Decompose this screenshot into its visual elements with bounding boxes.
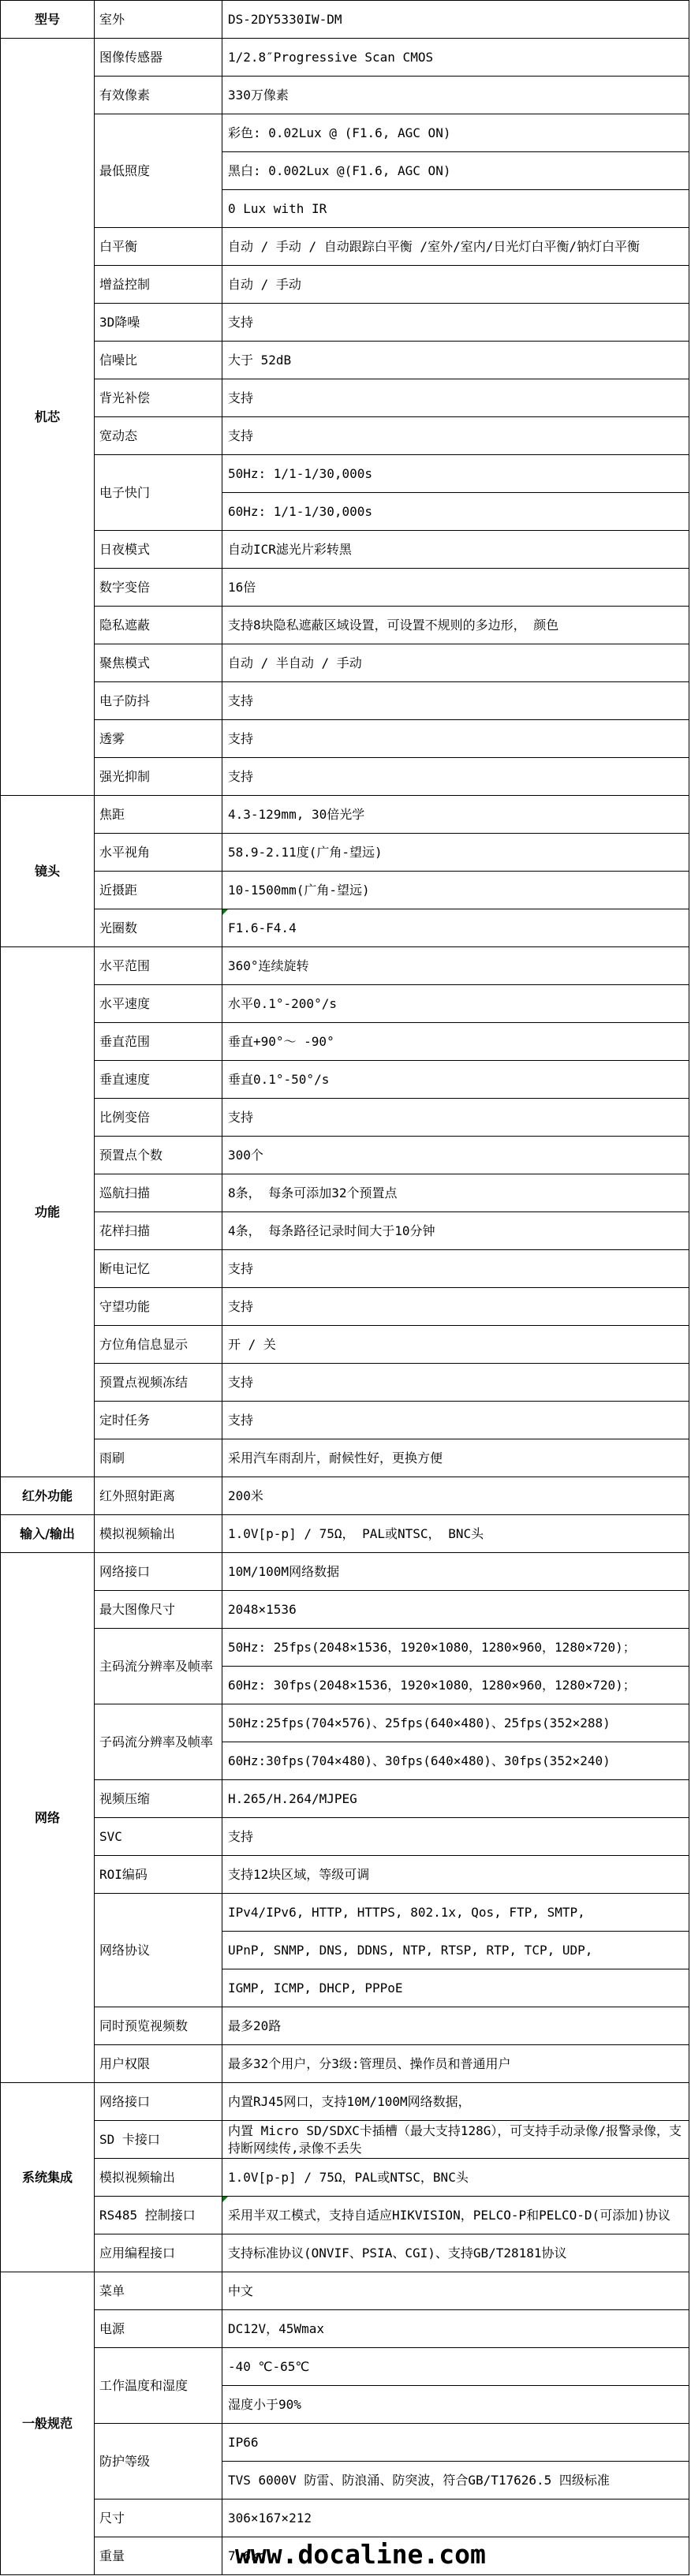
section-header-cell: 输入/输出: [1, 1515, 95, 1553]
table-row: 预置点视频冻结支持: [1, 1364, 689, 1402]
spec-value-cell: IGMP, ICMP, DHCP, PPPoE: [222, 1969, 689, 2007]
spec-value-text: 黑白: 0.002Lux @(F1.6, AGC ON): [228, 163, 450, 178]
spec-value-text: 支持: [228, 1110, 253, 1125]
spec-value-cell: 200米: [222, 1477, 689, 1515]
table-row: 工作温度和湿度-40 ℃-65℃: [1, 2348, 689, 2386]
spec-value-text: 58.9-2.11度(广角-望远): [228, 845, 383, 860]
table-row: 巡航扫描8条， 每条可添加32个预置点: [1, 1174, 689, 1212]
spec-value-text: 支持: [228, 315, 253, 330]
spec-value-cell: 水平0.1°-200°/s: [222, 985, 689, 1023]
spec-value-cell: 采用汽车雨刮片，耐候性好，更换方便: [222, 1439, 689, 1477]
spec-label-cell: 透雾: [95, 720, 222, 758]
spec-value-cell: -40 ℃-65℃: [222, 2348, 689, 2386]
spec-value-cell: 50Hz:25fps(704×576)、25fps(640×480)、25fps…: [222, 1704, 689, 1742]
spec-label-cell: 红外照射距离: [95, 1477, 222, 1515]
spec-label-cell: 电子快门: [95, 455, 222, 531]
spec-value-cell: 300个: [222, 1137, 689, 1174]
spec-value-text: 50Hz: 1/1-1/30,000s: [228, 466, 372, 481]
spec-label-cell: 水平速度: [95, 985, 222, 1023]
table-row: 宽动态支持: [1, 417, 689, 455]
table-row: 模拟视频输出1.0V[p-p] / 75Ω，PAL或NTSC，BNC头: [1, 2159, 689, 2197]
spec-sheet: 型号室外DS-2DY5330IW-DM机芯图像传感器1/2.8″Progress…: [0, 0, 691, 2576]
spec-value-cell: 10M/100M网络数据: [222, 1553, 689, 1591]
spec-value-cell: 支持标准协议(ONVIF、PSIA、CGI)、支持GB/T28181协议: [222, 2234, 689, 2272]
table-row: 型号室外DS-2DY5330IW-DM: [1, 1, 689, 39]
spec-label-cell: 工作温度和湿度: [95, 2348, 222, 2424]
spec-label-cell: 信噪比: [95, 342, 222, 379]
table-row: 垂直速度垂直0.1°-50°/s: [1, 1061, 689, 1099]
spec-value-text: 360°连续旋转: [228, 958, 309, 973]
spec-value-cell: 支持: [222, 720, 689, 758]
spec-value-cell: 306×167×212: [222, 2499, 689, 2537]
spec-value-cell: 最多32个用户，分3级:管理员、操作员和普通用户: [222, 2045, 689, 2083]
table-row: 视频压缩H.265/H.264/MJPEG: [1, 1780, 689, 1818]
spec-label-cell: 用户权限: [95, 2045, 222, 2083]
table-row: 花样扫描4条， 每条路径记录时间大于10分钟: [1, 1212, 689, 1250]
spec-value-text: 300个: [228, 1148, 263, 1163]
spec-value-cell: H.265/H.264/MJPEG: [222, 1780, 689, 1818]
table-row: 水平视角58.9-2.11度(广角-望远): [1, 834, 689, 872]
spec-value-cell: 1.0V[p-p] / 75Ω， PAL或NTSC， BNC头: [222, 1515, 689, 1553]
table-row: 电源DC12V，45Wmax: [1, 2310, 689, 2348]
spec-value-text: 1.0V[p-p] / 75Ω，PAL或NTSC，BNC头: [228, 2170, 469, 2185]
spec-label-cell: 花样扫描: [95, 1212, 222, 1250]
table-row: 增益控制自动 / 手动: [1, 266, 689, 304]
spec-label-cell: 网络接口: [95, 1553, 222, 1591]
spec-value-text: 大于 52dB: [228, 353, 291, 368]
spec-value-cell: 1/2.8″Progressive Scan CMOS: [222, 39, 689, 77]
spec-value-cell: 360°连续旋转: [222, 947, 689, 985]
spec-value-cell: 支持: [222, 1364, 689, 1402]
spec-value-text: 中文: [228, 2283, 253, 2298]
spec-value-cell: 支持: [222, 1818, 689, 1856]
table-row: 聚焦模式自动 / 半自动 / 手动: [1, 644, 689, 682]
spec-value-text: 60Hz: 1/1-1/30,000s: [228, 504, 372, 519]
cell-error-marker-icon: [222, 909, 228, 915]
spec-label-cell: 重量: [95, 2537, 222, 2575]
spec-value-cell: 60Hz: 30fps(2048×1536，1920×1080，1280×960…: [222, 1667, 689, 1704]
spec-value-text: 支持: [228, 390, 253, 405]
spec-label-cell: 预置点个数: [95, 1137, 222, 1174]
table-row: SVC支持: [1, 1818, 689, 1856]
spec-value-cell: 0 Lux with IR: [222, 190, 689, 228]
spec-value-text: 0 Lux with IR: [228, 201, 327, 216]
spec-value-text: 彩色: 0.02Lux @ (F1.6, AGC ON): [228, 125, 450, 140]
spec-value-cell: IP66: [222, 2424, 689, 2462]
spec-label-cell: 水平范围: [95, 947, 222, 985]
spec-value-text: 支持: [228, 1829, 253, 1844]
spec-label-cell: 最大图像尺寸: [95, 1591, 222, 1629]
spec-value-text: DS-2DY5330IW-DM: [228, 12, 342, 27]
spec-value-text: 支持12块区域，等级可调: [228, 1867, 369, 1882]
spec-value-cell: 自动 / 半自动 / 手动: [222, 644, 689, 682]
spec-label-cell: 菜单: [95, 2272, 222, 2310]
spec-value-text: 330万像素: [228, 88, 289, 103]
spec-value-cell: 330万像素: [222, 77, 689, 114]
spec-label-cell: 焦距: [95, 796, 222, 834]
spec-value-cell: 支持: [222, 758, 689, 796]
table-row: RS485 控制接口采用半双工模式，支持自适应HIKVISION，PELCO-P…: [1, 2197, 689, 2234]
spec-value-cell: DS-2DY5330IW-DM: [222, 1, 689, 39]
spec-value-cell: TVS 6000V 防雷、防浪涌、防突波，符合GB/T17626.5 四级标准: [222, 2462, 689, 2499]
spec-value-cell: 最多20路: [222, 2007, 689, 2045]
spec-value-cell: 内置RJ45网口，支持10M/100M网络数据，: [222, 2083, 689, 2121]
table-row: 强光抑制支持: [1, 758, 689, 796]
spec-label-cell: 隐私遮蔽: [95, 607, 222, 644]
spec-value-cell: 支持: [222, 1099, 689, 1137]
spec-label-cell: 图像传感器: [95, 39, 222, 77]
spec-value-text: 采用汽车雨刮片，耐候性好，更换方便: [228, 1450, 443, 1465]
spec-value-text: F1.6-F4.4: [228, 920, 297, 935]
spec-label-cell: 日夜模式: [95, 531, 222, 569]
spec-label-cell: 白平衡: [95, 228, 222, 266]
spec-value-text: 10-1500mm(广角-望远): [228, 883, 370, 898]
spec-value-cell: 50Hz: 1/1-1/30,000s: [222, 455, 689, 493]
table-row: 雨刷采用汽车雨刮片，耐候性好，更换方便: [1, 1439, 689, 1477]
spec-value-cell: IPv4/IPv6, HTTP, HTTPS, 802.1x, Qos, FTP…: [222, 1894, 689, 1932]
table-row: 定时任务支持: [1, 1402, 689, 1439]
spec-label-cell: RS485 控制接口: [95, 2197, 222, 2234]
table-row: 应用编程接口支持标准协议(ONVIF、PSIA、CGI)、支持GB/T28181…: [1, 2234, 689, 2272]
section-header-cell: 型号: [1, 1, 95, 39]
table-row: 同时预览视频数最多20路: [1, 2007, 689, 2045]
spec-value-cell: 垂直0.1°-50°/s: [222, 1061, 689, 1099]
spec-label-cell: 电子防抖: [95, 682, 222, 720]
section-header-cell: 网络: [1, 1553, 95, 2083]
table-row: 防护等级IP66: [1, 2424, 689, 2462]
spec-label-cell: 增益控制: [95, 266, 222, 304]
spec-value-cell: UPnP, SNMP, DNS, DDNS, NTP, RTSP, RTP, T…: [222, 1932, 689, 1969]
spec-value-cell: 大于 52dB: [222, 342, 689, 379]
spec-value-text: 内置RJ45网口，支持10M/100M网络数据，: [228, 2094, 471, 2109]
spec-table-body: 型号室外DS-2DY5330IW-DM机芯图像传感器1/2.8″Progress…: [1, 1, 689, 2575]
table-row: 光圈数F1.6-F4.4: [1, 909, 689, 947]
table-row: 隐私遮蔽支持8块隐私遮蔽区域设置，可设置不规则的多边形， 颜色: [1, 607, 689, 644]
spec-value-text: 60Hz:30fps(704×480)、30fps(640×480)、30fps…: [228, 1753, 611, 1768]
table-row: 垂直范围垂直+90°～ -90°: [1, 1023, 689, 1061]
table-row: 有效像素330万像素: [1, 77, 689, 114]
spec-label-cell: 预置点视频冻结: [95, 1364, 222, 1402]
spec-value-text: 湿度小于90%: [228, 2397, 301, 2412]
section-header-cell: 系统集成: [1, 2083, 95, 2272]
spec-value-cell: 自动 / 手动: [222, 266, 689, 304]
table-row: 网络网络接口10M/100M网络数据: [1, 1553, 689, 1591]
spec-label-cell: 电源: [95, 2310, 222, 2348]
spec-label-cell: 垂直速度: [95, 1061, 222, 1099]
spec-value-cell: 开 / 关: [222, 1326, 689, 1364]
table-row: 最低照度彩色: 0.02Lux @ (F1.6, AGC ON): [1, 114, 689, 152]
table-row: 系统集成网络接口内置RJ45网口，支持10M/100M网络数据，: [1, 2083, 689, 2121]
spec-value-text: H.265/H.264/MJPEG: [228, 1791, 357, 1806]
table-row: 功能水平范围360°连续旋转: [1, 947, 689, 985]
spec-label-cell: 室外: [95, 1, 222, 39]
spec-value-text: DC12V，45Wmax: [228, 2321, 324, 2336]
table-row: 用户权限最多32个用户，分3级:管理员、操作员和普通用户: [1, 2045, 689, 2083]
spec-label-cell: 断电记忆: [95, 1250, 222, 1288]
table-row: 镜头焦距4.3-129mm, 30倍光学: [1, 796, 689, 834]
table-row: 信噪比大于 52dB: [1, 342, 689, 379]
spec-value-cell: F1.6-F4.4: [222, 909, 689, 947]
spec-value-text: 支持: [228, 731, 253, 746]
spec-label-cell: 近摄距: [95, 872, 222, 909]
spec-value-text: IGMP, ICMP, DHCP, PPPoE: [228, 1981, 403, 1995]
spec-value-text: 支持8块隐私遮蔽区域设置，可设置不规则的多边形， 颜色: [228, 618, 558, 633]
spec-label-cell: ROI编码: [95, 1856, 222, 1894]
table-row: SD 卡接口内置 Micro SD/SDXC卡插槽（最大支持128G），可支持手…: [1, 2121, 689, 2159]
spec-value-cell: 8条， 每条可添加32个预置点: [222, 1174, 689, 1212]
spec-label-cell: 比例变倍: [95, 1099, 222, 1137]
section-header-cell: 一般规范: [1, 2272, 95, 2575]
spec-value-cell: 支持12块区域，等级可调: [222, 1856, 689, 1894]
spec-value-cell: 支持: [222, 1250, 689, 1288]
spec-value-cell: 中文: [222, 2272, 689, 2310]
table-row: ROI编码支持12块区域，等级可调: [1, 1856, 689, 1894]
table-row: 近摄距10-1500mm(广角-望远): [1, 872, 689, 909]
spec-value-cell: 支持: [222, 304, 689, 342]
spec-label-cell: 尺寸: [95, 2499, 222, 2537]
table-row: 日夜模式自动ICR滤光片彩转黑: [1, 531, 689, 569]
spec-value-text: IPv4/IPv6, HTTP, HTTPS, 802.1x, Qos, FTP…: [228, 1905, 585, 1920]
spec-value-cell: 支持8块隐私遮蔽区域设置，可设置不规则的多边形， 颜色: [222, 607, 689, 644]
spec-label-cell: 最低照度: [95, 114, 222, 228]
spec-label-cell: 防护等级: [95, 2424, 222, 2499]
table-row: 机芯图像传感器1/2.8″Progressive Scan CMOS: [1, 39, 689, 77]
spec-value-text: IP66: [228, 2435, 259, 2450]
spec-value-text: 50Hz:25fps(704×576)、25fps(640×480)、25fps…: [228, 1715, 611, 1730]
table-row: 子码流分辨率及帧率50Hz:25fps(704×576)、25fps(640×4…: [1, 1704, 689, 1742]
spec-value-text: 开 / 关: [228, 1337, 276, 1352]
spec-label-cell: 3D降噪: [95, 304, 222, 342]
spec-value-cell: 16倍: [222, 569, 689, 607]
table-row: 3D降噪支持: [1, 304, 689, 342]
spec-value-text: 自动 / 手动: [228, 277, 301, 292]
spec-label-cell: 模拟视频输出: [95, 1515, 222, 1553]
spec-value-cell: 60Hz: 1/1-1/30,000s: [222, 493, 689, 531]
table-row: 透雾支持: [1, 720, 689, 758]
spec-value-text: UPnP, SNMP, DNS, DDNS, NTP, RTSP, RTP, T…: [228, 1943, 592, 1958]
spec-value-cell: 支持: [222, 682, 689, 720]
spec-label-cell: 数字变倍: [95, 569, 222, 607]
spec-label-cell: 定时任务: [95, 1402, 222, 1439]
spec-value-cell: 支持: [222, 379, 689, 417]
table-row: 电子快门50Hz: 1/1-1/30,000s: [1, 455, 689, 493]
spec-label-cell: 子码流分辨率及帧率: [95, 1704, 222, 1780]
spec-value-text: 60Hz: 30fps(2048×1536，1920×1080，1280×960…: [228, 1678, 636, 1693]
table-row: 网络协议IPv4/IPv6, HTTP, HTTPS, 802.1x, Qos,…: [1, 1894, 689, 1932]
spec-label-cell: 模拟视频输出: [95, 2159, 222, 2197]
spec-value-text: 8条， 每条可添加32个预置点: [228, 1185, 398, 1200]
table-row: 尺寸306×167×212: [1, 2499, 689, 2537]
spec-value-cell: 1.0V[p-p] / 75Ω，PAL或NTSC，BNC头: [222, 2159, 689, 2197]
table-row: 白平衡自动 / 手动 / 自动跟踪白平衡 /室外/室内/日光灯白平衡/钠灯白平衡: [1, 228, 689, 266]
spec-value-cell: 4.3-129mm, 30倍光学: [222, 796, 689, 834]
table-row: 比例变倍支持: [1, 1099, 689, 1137]
watermark-text: www.docaline.com: [235, 2539, 486, 2570]
section-header-cell: 功能: [1, 947, 95, 1477]
spec-label-cell: 宽动态: [95, 417, 222, 455]
spec-label-cell: 雨刷: [95, 1439, 222, 1477]
spec-label-cell: 聚焦模式: [95, 644, 222, 682]
spec-label-cell: 同时预览视频数: [95, 2007, 222, 2045]
spec-value-cell: 自动ICR滤光片彩转黑: [222, 531, 689, 569]
spec-label-cell: 光圈数: [95, 909, 222, 947]
table-row: 预置点个数300个: [1, 1137, 689, 1174]
spec-value-text: 支持: [228, 1261, 253, 1276]
spec-value-cell: 2048×1536: [222, 1591, 689, 1629]
table-row: 断电记忆支持: [1, 1250, 689, 1288]
spec-value-text: 1/2.8″Progressive Scan CMOS: [228, 50, 433, 65]
spec-value-text: 1.0V[p-p] / 75Ω， PAL或NTSC， BNC头: [228, 1526, 484, 1541]
spec-value-text: 水平0.1°-200°/s: [228, 996, 337, 1011]
spec-label-cell: 水平视角: [95, 834, 222, 872]
spec-label-cell: SVC: [95, 1818, 222, 1856]
spec-value-text: 支持: [228, 1299, 253, 1314]
spec-value-text: 垂直0.1°-50°/s: [228, 1072, 329, 1087]
table-row: 守望功能支持: [1, 1288, 689, 1326]
spec-label-cell: 网络接口: [95, 2083, 222, 2121]
spec-value-text: 支持: [228, 428, 253, 443]
spec-value-text: 垂直+90°～ -90°: [228, 1034, 334, 1049]
spec-value-cell: 湿度小于90%: [222, 2386, 689, 2424]
spec-value-text: 支持: [228, 769, 253, 784]
spec-value-text: 2048×1536: [228, 1602, 297, 1617]
cell-error-marker-icon: [222, 2197, 228, 2202]
spec-value-cell: 60Hz:30fps(704×480)、30fps(640×480)、30fps…: [222, 1742, 689, 1780]
spec-label-cell: 守望功能: [95, 1288, 222, 1326]
spec-value-text: 自动 / 半自动 / 手动: [228, 655, 362, 670]
table-row: 方位角信息显示开 / 关: [1, 1326, 689, 1364]
spec-value-cell: 采用半双工模式，支持自适应HIKVISION，PELCO-P和PELCO-D(可…: [222, 2197, 689, 2234]
spec-value-text: 16倍: [228, 580, 256, 595]
spec-value-cell: 内置 Micro SD/SDXC卡插槽（最大支持128G），可支持手动录像/报警…: [222, 2121, 689, 2159]
table-row: 水平速度水平0.1°-200°/s: [1, 985, 689, 1023]
section-header-cell: 红外功能: [1, 1477, 95, 1515]
spec-value-cell: DC12V，45Wmax: [222, 2310, 689, 2348]
spec-value-text: 自动ICR滤光片彩转黑: [228, 542, 352, 557]
table-row: 最大图像尺寸2048×1536: [1, 1591, 689, 1629]
spec-value-text: 采用半双工模式，支持自适应HIKVISION，PELCO-P和PELCO-D(可…: [228, 2208, 670, 2223]
spec-label-cell: 视频压缩: [95, 1780, 222, 1818]
spec-label-cell: 强光抑制: [95, 758, 222, 796]
spec-value-cell: 50Hz: 25fps(2048×1536，1920×1080，1280×960…: [222, 1629, 689, 1667]
section-header-cell: 机芯: [1, 39, 95, 796]
spec-value-text: 支持: [228, 693, 253, 708]
spec-value-text: 内置 Micro SD/SDXC卡插槽（最大支持128G），可支持手动录像/报警…: [228, 2123, 682, 2156]
spec-value-cell: 垂直+90°～ -90°: [222, 1023, 689, 1061]
spec-value-cell: 4条， 每条路径记录时间大于10分钟: [222, 1212, 689, 1250]
spec-value-text: 4.3-129mm, 30倍光学: [228, 807, 364, 822]
spec-value-text: 最多32个用户，分3级:管理员、操作员和普通用户: [228, 2056, 511, 2071]
spec-label-cell: 应用编程接口: [95, 2234, 222, 2272]
spec-label-cell: SD 卡接口: [95, 2121, 222, 2159]
spec-value-text: 4条， 每条路径记录时间大于10分钟: [228, 1223, 435, 1238]
spec-value-text: 支持标准协议(ONVIF、PSIA、CGI)、支持GB/T28181协议: [228, 2246, 567, 2261]
table-row: 红外功能红外照射距离200米: [1, 1477, 689, 1515]
spec-value-text: 200米: [228, 1488, 263, 1503]
spec-value-text: 最多20路: [228, 2018, 281, 2033]
section-header-cell: 镜头: [1, 796, 95, 947]
table-row: 数字变倍16倍: [1, 569, 689, 607]
spec-value-cell: 支持: [222, 417, 689, 455]
spec-value-cell: 支持: [222, 1402, 689, 1439]
spec-value-text: 自动 / 手动 / 自动跟踪白平衡 /室外/室内/日光灯白平衡/钠灯白平衡: [228, 239, 640, 254]
spec-value-cell: 10-1500mm(广角-望远): [222, 872, 689, 909]
spec-value-text: 10M/100M网络数据: [228, 1564, 339, 1579]
spec-label-cell: 背光补偿: [95, 379, 222, 417]
spec-value-text: 50Hz: 25fps(2048×1536，1920×1080，1280×960…: [228, 1640, 636, 1655]
table-row: 输入/输出模拟视频输出1.0V[p-p] / 75Ω， PAL或NTSC， BN…: [1, 1515, 689, 1553]
spec-label-cell: 主码流分辨率及帧率: [95, 1629, 222, 1704]
spec-value-cell: 58.9-2.11度(广角-望远): [222, 834, 689, 872]
spec-label-cell: 网络协议: [95, 1894, 222, 2007]
spec-label-cell: 巡航扫描: [95, 1174, 222, 1212]
spec-label-cell: 有效像素: [95, 77, 222, 114]
spec-value-text: 306×167×212: [228, 2511, 312, 2526]
table-row: 主码流分辨率及帧率50Hz: 25fps(2048×1536，1920×1080…: [1, 1629, 689, 1667]
spec-value-text: -40 ℃-65℃: [228, 2359, 309, 2374]
spec-value-cell: 支持: [222, 1288, 689, 1326]
spec-value-cell: 黑白: 0.002Lux @(F1.6, AGC ON): [222, 152, 689, 190]
spec-value-text: 支持: [228, 1375, 253, 1390]
spec-value-cell: 自动 / 手动 / 自动跟踪白平衡 /室外/室内/日光灯白平衡/钠灯白平衡: [222, 228, 689, 266]
table-row: 一般规范菜单中文: [1, 2272, 689, 2310]
spec-value-text: 支持: [228, 1413, 253, 1428]
table-row: 背光补偿支持: [1, 379, 689, 417]
spec-value-cell: 彩色: 0.02Lux @ (F1.6, AGC ON): [222, 114, 689, 152]
table-row: 电子防抖支持: [1, 682, 689, 720]
spec-table: 型号室外DS-2DY5330IW-DM机芯图像传感器1/2.8″Progress…: [0, 0, 689, 2575]
spec-label-cell: 方位角信息显示: [95, 1326, 222, 1364]
spec-value-text: TVS 6000V 防雷、防浪涌、防突波，符合GB/T17626.5 四级标准: [228, 2473, 610, 2488]
spec-label-cell: 垂直范围: [95, 1023, 222, 1061]
